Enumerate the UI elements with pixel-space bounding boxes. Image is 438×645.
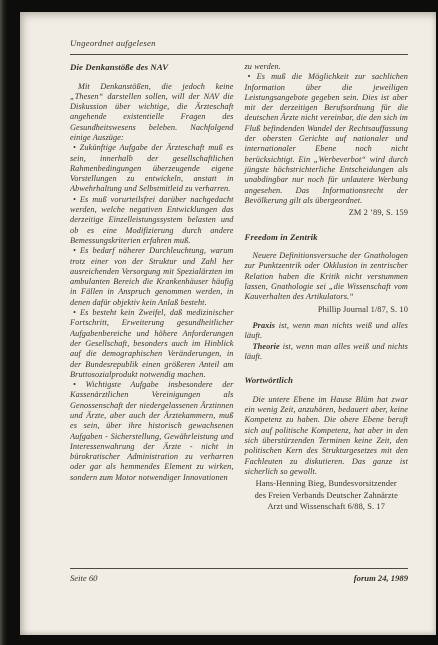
aphorism-lead-word: Praxis: [253, 321, 276, 330]
article-heading-wortwoertlich: Wortwörtlich: [245, 375, 409, 386]
right-column: zu werden. • Es muß die Möglichkeit zur …: [245, 62, 409, 557]
page-sheet: Ungeordnet aufgelesen Die Denkanstöße de…: [20, 12, 436, 635]
bullet-paragraph: • Es muß vorurteilsfrei darüber nachgeda…: [70, 195, 234, 246]
bullet-paragraph: • Es bedarf näherer Durchleuchtung, waru…: [70, 246, 234, 308]
journal-issue: forum 24, 1989: [354, 573, 408, 583]
attribution-line: Arzt und Wissenschaft 6/88, S. 17: [245, 501, 409, 513]
bullet-paragraph: • Wichtigste Aufgabe insbesondere der Ka…: [70, 380, 234, 483]
page-number: Seite 60: [70, 573, 97, 583]
scan-edge-shadow: [0, 0, 7, 645]
scanned-journal-page: Ungeordnet aufgelesen Die Denkanstöße de…: [0, 0, 438, 645]
attribution-line: des Freien Verbands Deutscher Zahnärzte: [245, 490, 409, 502]
article-heading-zentrik: Freedom in Zentrik: [245, 232, 409, 243]
attribution-line: Hans-Henning Bieg, Bundesvorsitzender: [245, 478, 409, 490]
bullet-paragraph: • Es muß die Möglichkeit zur sachlichen …: [245, 72, 409, 206]
aphorism-praxis: Praxis ist, wenn man nichts weiß und all…: [245, 321, 409, 342]
aphorism-theorie: Theorie ist, wenn man alles weiß und nic…: [245, 342, 409, 363]
running-head: Ungeordnet aufgelesen: [70, 33, 408, 55]
article-columns: Die Denkanstöße des NAV Mit Denkanstößen…: [70, 62, 408, 557]
source-citation-zm: ZM 2 ’89, S. 159: [245, 207, 409, 219]
header-rule: [70, 54, 408, 55]
page-footer: Seite 60 forum 24, 1989: [70, 568, 408, 583]
article-heading-nav: Die Denkanstöße des NAV: [70, 62, 234, 73]
continuation-paragraph: zu werden.: [245, 62, 409, 72]
aphorism-lead-word: Theorie: [253, 342, 280, 351]
bullet-paragraph: • Zukünftige Aufgabe der Ärzteschaft muß…: [70, 143, 234, 194]
left-column: Die Denkanstöße des NAV Mit Denkanstößen…: [70, 62, 234, 557]
intro-paragraph: Mit Denkanstößen, die jedoch keine „Thes…: [70, 82, 234, 144]
body-paragraph: Neuere Definitionsversuche der Gnatholog…: [245, 251, 409, 302]
running-head-title: Ungeordnet aufgelesen: [70, 38, 156, 48]
attribution-block: Hans-Henning Bieg, Bundesvorsitzender de…: [245, 478, 409, 513]
body-paragraph: Die untere Ebene im Hause Blüm hat zwar …: [245, 395, 409, 477]
bullet-paragraph: • Es besteht kein Zweifel, daß medizinis…: [70, 308, 234, 380]
source-citation-phillip: Phillip Journal 1/87, S. 10: [245, 304, 409, 316]
